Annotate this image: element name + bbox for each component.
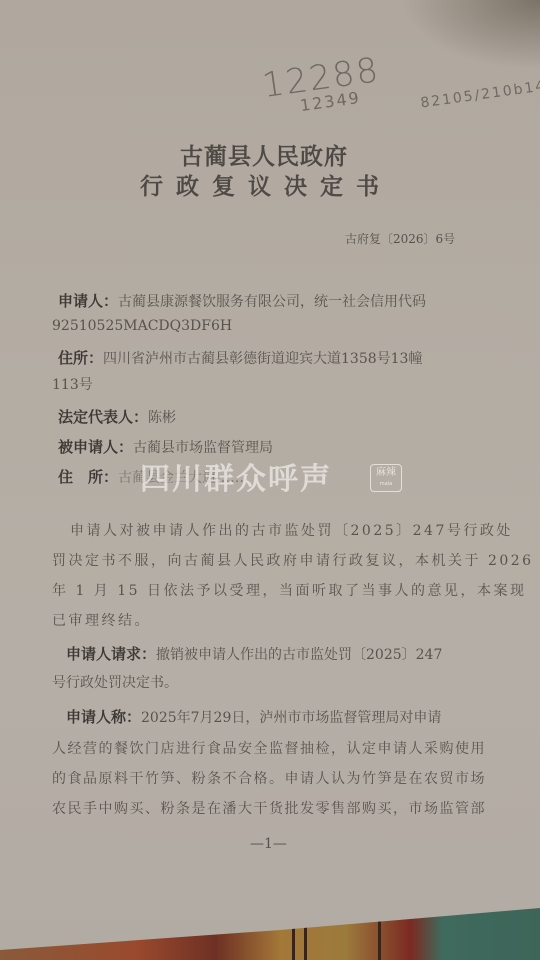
watermark-logo-text: 麻辣 [376,467,396,478]
applicant-code: 92510525MACDQ3DF6H [52,318,232,334]
claim-value: 2025年7月29日，泸州市市场监督管理局对申请 [141,710,441,726]
claim-line-3: 的食品原料干竹笋、粉条不合格。申请人认为竹笋是在农贸市场 [52,768,486,788]
applicant-line: 申请人：古蔺县康源餐饮服务有限公司，统一社会信用代码 [58,290,426,311]
legal-rep-value: 陈彬 [148,410,176,426]
watermark-logo: 麻辣 mala [370,464,402,492]
legal-rep-line: 法定代表人：陈彬 [58,406,176,427]
request-continuation: 号行政处罚决定书。 [52,672,178,692]
issuer-title: 古蔺县人民政府 [180,138,348,171]
handwritten-number-3: 82105/210b142 [420,77,540,112]
address-continuation: 113号 [52,374,93,394]
document-type-title: 行政复议决定书 [140,168,392,201]
document-page: 12288 12349 82105/210b142 古蔺县人民政府 行政复议决定… [0,0,540,960]
page-shadow [400,0,540,70]
para1-line3: 年 1 月 15 日依法予以受理，当面听取了当事人的意见，本案现 [52,580,527,600]
applicant-label: 申请人： [58,292,118,310]
request-line: 申请人请求：撤销被申请人作出的古市监处罚〔2025〕247 [66,643,442,664]
address-value: 四川省泸州市古蔺县彰德街道迎宾大道1358号13幢 [103,351,422,367]
claim-line: 申请人称：2025年7月29日，泸州市市场监督管理局对申请 [66,706,441,727]
claim-label: 申请人称： [66,708,141,726]
address-line: 住所：四川省泸州市古蔺县彰德街道迎宾大道1358号13幢 [58,347,422,368]
request-label: 申请人请求： [66,645,156,663]
legal-rep-label: 法定代表人： [58,408,148,426]
watermark-text: 四川群众呼声 [140,454,332,498]
document-number: 古府复〔2026〕6号 [345,230,455,247]
request-value: 撤销被申请人作出的古市监处罚〔2025〕247 [156,647,442,663]
watermark-logo-sub: mala [371,481,401,487]
para1-line4: 已审理终结。 [52,610,151,630]
applicant-value: 古蔺县康源餐饮服务有限公司，统一社会信用代码 [118,294,426,310]
claim-line-4: 农民手中购买、粉条是在潘大干货批发零售部购买，市场监管部 [52,798,486,818]
para1-line2: 罚决定书不服，向古蔺县人民政府申请行政复议，本机关于 2026 [52,550,534,570]
surface-stripe [378,920,381,960]
claim-line-2: 人经营的餐饮门店进行食品安全监督抽检，认定申请人采购使用 [52,738,486,758]
para1-line1: 申请人对被申请人作出的古市监处罚〔2025〕247号行政处 [70,520,513,540]
respondent-label: 被申请人： [58,438,133,456]
respondent-address-label: 住 所： [58,468,118,486]
page-number: —1— [250,836,287,852]
address-label: 住所： [58,349,103,367]
